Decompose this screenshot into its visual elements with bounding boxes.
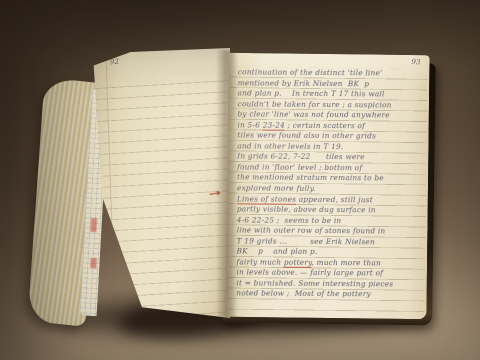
handwriting-lines: continuation of the distinct 'tile line'… [236,67,425,300]
hand-line: partly visible, above dug surface in [237,204,424,216]
hand-line: and plan p. In trench T 17 this wall [238,88,425,100]
ink-speck [96,56,101,60]
hand-line: couldn't be taken for sure ; a suspicion [238,99,425,111]
hand-line: fairly much pottery, much more than [236,257,423,269]
hand-line: continuation of the distinct 'tile line' [238,67,425,79]
hand-line: in levels above. — fairly large part of [236,267,423,279]
hand-line: explored more fully. [237,183,424,195]
hand-line: 4-6 22-25 ; seems to be in [237,215,424,227]
hand-line: in 5-6 23-24 ; certain scatters of [237,120,424,132]
hand-line: by clear 'line' was not found anywhere [237,109,424,121]
hand-line: T 19 grids ... see Erik Nielsen [237,236,424,248]
hand-line: the mentioned stratum remains to be [237,172,424,184]
hand-line: and in other levels in T 19. [237,141,424,153]
spine-shadow [216,50,238,318]
hand-line: tiles were found also in other grids [237,130,424,142]
hand-line: In grids 6-22, 7-22 tiles were [237,151,424,163]
red-ink-mark [90,258,97,268]
hand-line: noted below ; Most of the pottery [236,288,423,300]
hand-line: Lines of stones appeared, still just [237,193,424,205]
notebook-photo-scene: 92 93 continuation of the distinct 'tile… [0,0,480,360]
right-page: 93 continuation of the distinct 'tile li… [225,53,429,319]
hand-line: line with outer row of stones found in [237,225,424,237]
right-page-number: 93 [411,58,420,66]
left-page-number: 92 [110,58,119,67]
hand-line: mentioned by Erik Nielsen BK p [238,77,425,89]
hand-line: it = burnished. Some interesting pieces [236,278,423,290]
red-ink-mark [90,218,97,232]
hand-line: found in 'floor' level ; bottom of [237,162,424,174]
hand-line: BK p and plan p. [237,246,424,258]
left-page: 92 [88,48,230,318]
